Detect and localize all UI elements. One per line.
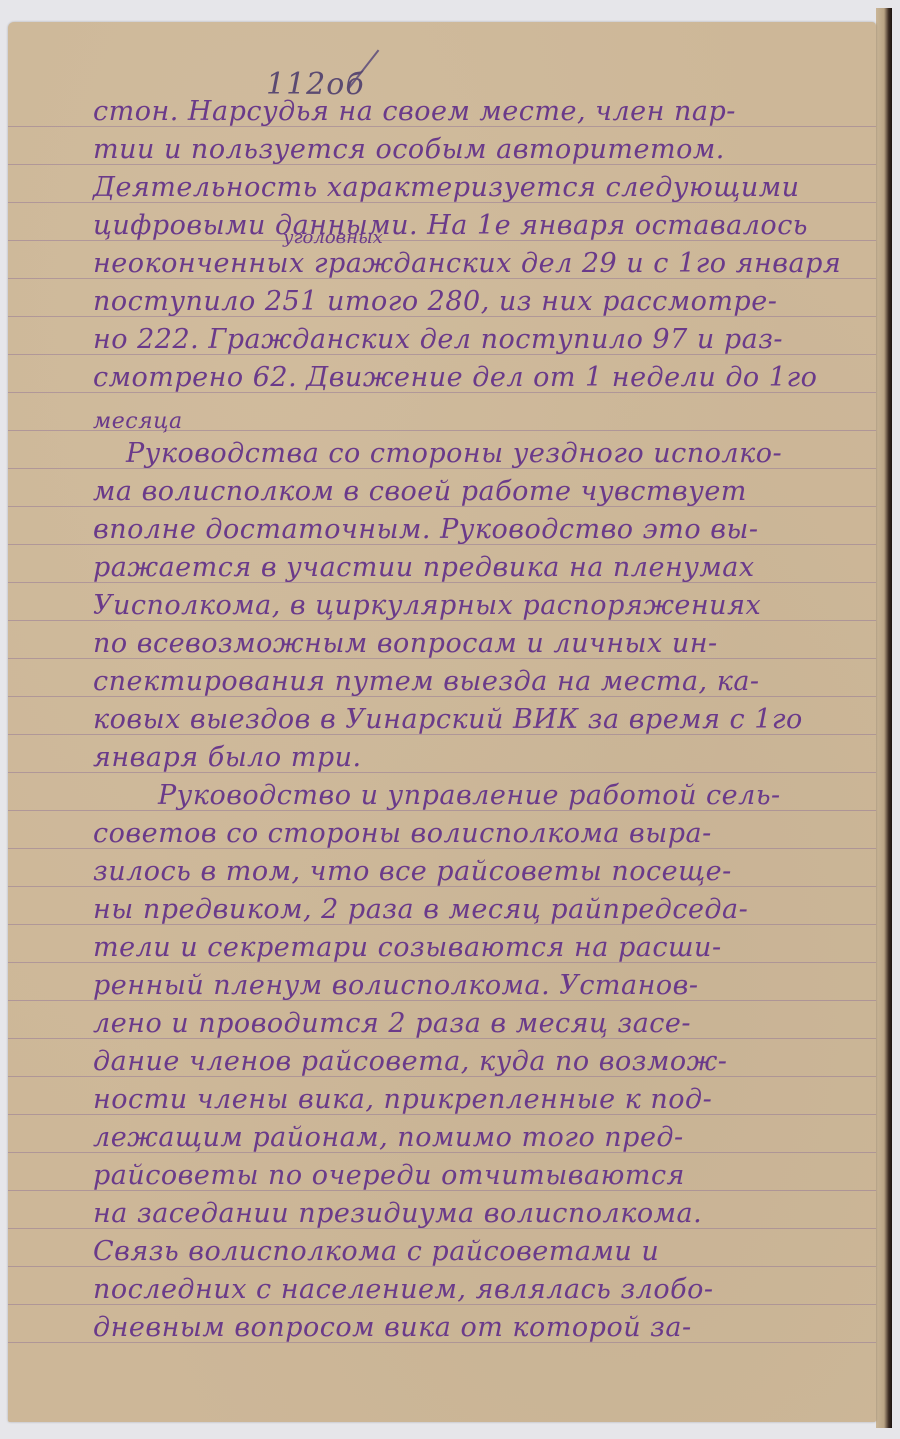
text-line-8: смотрено 62. Движение дел от 1 недели до…	[93, 363, 836, 393]
text-line-16: спектирования путем выезда на места, ка-	[93, 667, 836, 697]
text-line-12: вполне достаточным. Руководство это вы-	[93, 515, 836, 545]
text-line-22: ны предвиком, 2 раза в месяц райпредседа…	[93, 895, 836, 925]
text-line-7: но 222. Гражданских дел поступило 97 и р…	[93, 325, 836, 355]
handwritten-page: 112об стон. Нарсудья на своем месте, чле…	[8, 22, 876, 1422]
text-line-17: ковых выездов в Уинарский ВИК за время с…	[93, 705, 836, 735]
text-line-26: дание членов райсовета, куда по возмож-	[93, 1047, 836, 1077]
text-line-30: на заседании президиума волисполкома.	[93, 1199, 836, 1229]
scanned-document: 112об стон. Нарсудья на своем месте, чле…	[0, 0, 900, 1439]
text-line-32: последних с населением, являлась злобо-	[93, 1275, 836, 1305]
text-line-10: Руководства со стороны уездного исполко-	[126, 439, 836, 469]
text-line-18: января было три.	[93, 743, 836, 773]
text-line-28: лежащим районам, помимо того пред-	[93, 1123, 836, 1153]
text-line-11: ма волисполком в своей работе чувствует	[93, 477, 836, 507]
text-line-2: тии и пользуется особым авторитетом.	[93, 135, 836, 165]
text-line-31: Связь волисполкома с райсоветами и	[93, 1237, 836, 1267]
text-line-1: стон. Нарсудья на своем месте, член пар-	[93, 97, 836, 127]
text-line-3: Деятельность характеризуется следующими	[93, 173, 836, 203]
text-line-6: поступило 251 итого 280, из них рассмотр…	[93, 287, 836, 317]
text-line-27: ности члены вика, прикрепленные к под-	[93, 1085, 836, 1115]
book-binding-edge	[876, 8, 892, 1428]
text-line-24: ренный пленум волисполкома. Установ-	[93, 971, 836, 1001]
text-line-14: Уисполкома, в циркулярных распоряжениях	[93, 591, 836, 621]
text-line-25: лено и проводится 2 раза в месяц засе-	[93, 1009, 836, 1039]
text-line-9: месяца	[93, 407, 836, 437]
text-line-13: ражается в участии предвика на пленумах	[93, 553, 836, 583]
text-line-4: цифровыми данными. На 1е января оставало…	[93, 211, 836, 241]
text-line-20: советов со стороны волисполкома выра-	[93, 819, 836, 849]
text-line-15: по всевозможным вопросам и личных ин-	[93, 629, 836, 659]
text-line-33: дневным вопросом вика от которой за-	[93, 1313, 836, 1343]
interlinear-insertion: уголовных	[283, 227, 383, 248]
text-line-23: тели и секретари созываются на расши-	[93, 933, 836, 963]
text-line-21: зилось в том, что все райсоветы посеще-	[93, 857, 836, 887]
text-line-19: Руководство и управление работой сель-	[158, 781, 836, 811]
text-line-29: райсоветы по очереди отчитываются	[93, 1161, 836, 1191]
text-line-5: неоконченных гражданских дел 29 и с 1го …	[93, 249, 836, 279]
